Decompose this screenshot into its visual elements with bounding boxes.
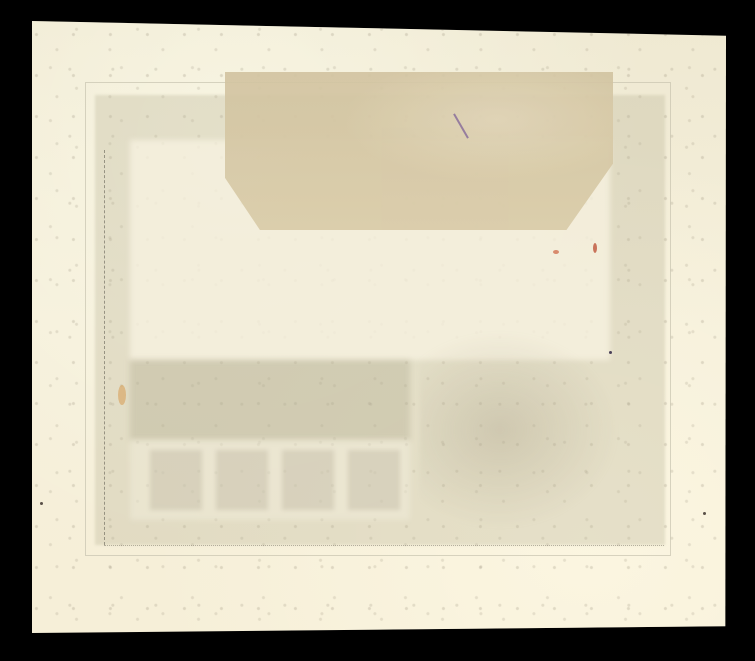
red-speck <box>553 250 559 254</box>
numeral-shape <box>282 450 334 510</box>
numeral-shape <box>216 450 268 510</box>
numeral-shape <box>150 450 202 510</box>
dark-speck <box>40 502 43 505</box>
stamp-photo <box>0 0 755 661</box>
frame-bottom-rule <box>104 545 664 547</box>
red-speck <box>593 243 597 253</box>
hinge-remnant <box>225 72 613 230</box>
show-through-middle-band <box>130 360 410 440</box>
numeral-shape <box>348 450 400 510</box>
show-through-numerals <box>150 450 400 510</box>
dark-speck <box>609 351 612 354</box>
toning-spot <box>118 385 126 405</box>
frame-left-rule <box>104 150 106 545</box>
show-through-figure <box>420 330 620 530</box>
dark-speck <box>703 512 706 515</box>
